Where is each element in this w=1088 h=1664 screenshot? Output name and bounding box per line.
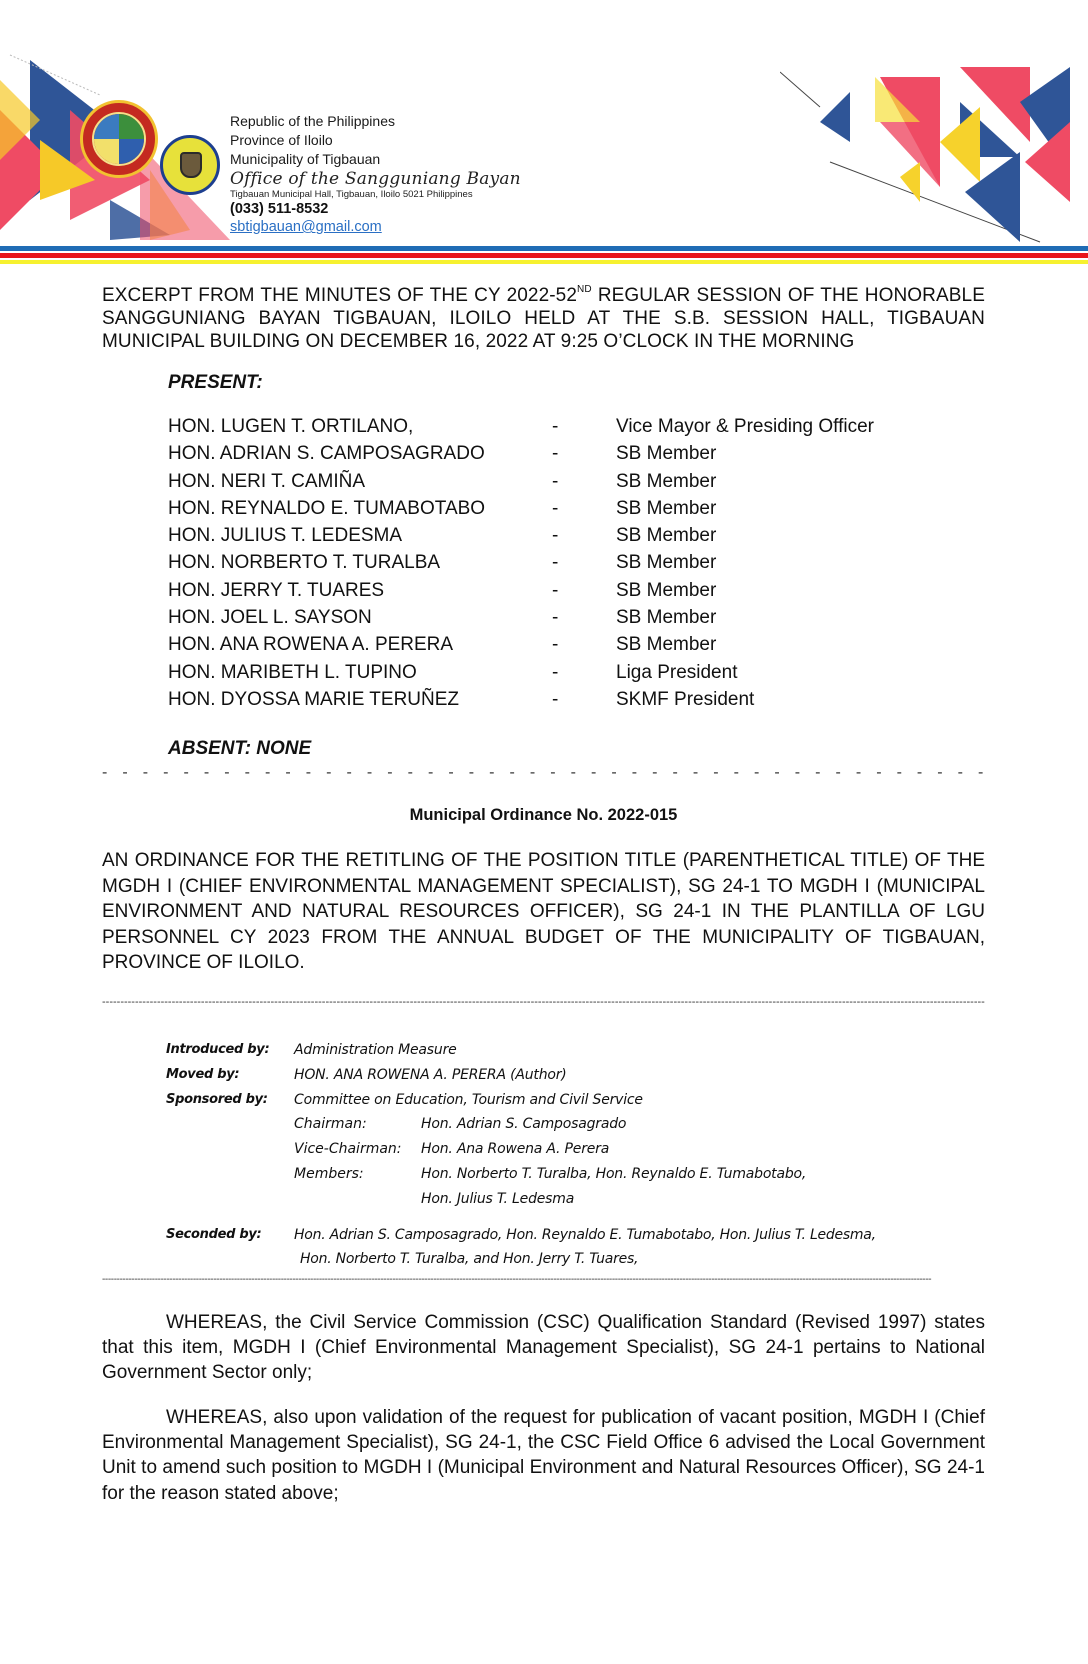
attendance-row: HON. MARIBETH L. TUPINO-Liga President <box>168 661 928 688</box>
letterhead: Republic of the Philippines Province of … <box>0 0 1088 270</box>
moved-by-label: Moved by: <box>166 1063 294 1088</box>
seconded-by-value-cont: Hon. Norberto T. Turalba, and Hon. Jerry… <box>300 1247 966 1272</box>
members-row: Members: Hon. Norberto T. Turalba, Hon. … <box>294 1162 966 1187</box>
sponsorship-block: Introduced by: Administration Measure Mo… <box>166 1038 966 1272</box>
ordinance-number: Municipal Ordinance No. 2022-015 <box>102 806 985 825</box>
vice-chairman-row: Vice-Chairman: Hon. Ana Rowena A. Perera <box>294 1137 966 1162</box>
member-role: SB Member <box>616 579 928 606</box>
vice-chairman-value: Hon. Ana Rowena A. Perera <box>421 1137 966 1162</box>
member-name: HON. ADRIAN S. CAMPOSAGRADO <box>168 442 552 469</box>
member-name: HON. REYNALDO E. TUMABOTABO <box>168 497 552 524</box>
member-role: Vice Mayor & Presiding Officer <box>616 415 928 442</box>
member-role: SB Member <box>616 633 928 660</box>
member-role: SB Member <box>616 606 928 633</box>
sponsored-by-row: Sponsored by: Committee on Education, To… <box>166 1088 966 1113</box>
member-name: HON. DYOSSA MARIE TERUÑEZ <box>168 688 552 715</box>
introduced-by-value: Administration Measure <box>294 1038 966 1063</box>
present-label: PRESENT: <box>168 372 263 394</box>
whereas-clause: WHEREAS, the Civil Service Commission (C… <box>102 1310 985 1386</box>
attendance-row: HON. ADRIAN S. CAMPOSAGRADO-SB Member <box>168 442 928 469</box>
chairman-value: Hon. Adrian S. Camposagrado <box>421 1112 966 1137</box>
letterhead-stripe-yellow <box>0 260 1088 264</box>
minutes-heading-text: EXCERPT FROM THE MINUTES OF THE CY 2022-… <box>102 285 577 306</box>
member-role: SB Member <box>616 497 928 524</box>
vice-chairman-label: Vice-Chairman: <box>294 1137 421 1162</box>
seconded-by-row: Seconded by: Hon. Adrian S. Camposagrado… <box>166 1223 966 1248</box>
members-value-cont: Hon. Julius T. Ledesma <box>421 1187 966 1212</box>
member-role: SB Member <box>616 551 928 578</box>
whereas-clause: WHEREAS, also upon validation of the req… <box>102 1405 985 1506</box>
member-name: HON. JULIUS T. LEDESMA <box>168 524 552 551</box>
attendance-row: HON. DYOSSA MARIE TERUÑEZ-SKMF President <box>168 688 928 715</box>
sangguniang-bayan-seal <box>160 135 220 195</box>
introduced-by-label: Introduced by: <box>166 1038 294 1063</box>
letterhead-stripe-red <box>0 253 1088 258</box>
member-role: SB Member <box>616 470 928 497</box>
republic-line: Republic of the Philippines <box>230 112 521 131</box>
chairman-row: Chairman: Hon. Adrian S. Camposagrado <box>294 1112 966 1137</box>
member-name: HON. MARIBETH L. TUPINO <box>168 661 552 688</box>
province-line: Province of Iloilo <box>230 131 521 150</box>
separator-dash: - <box>552 606 616 633</box>
document-body: EXCERPT FROM THE MINUTES OF THE CY 2022-… <box>102 284 985 353</box>
attendance-row: HON. JOEL L. SAYSON-SB Member <box>168 606 928 633</box>
municipality-line: Municipality of Tigbauan <box>230 150 521 169</box>
member-role: SKMF President <box>616 688 928 715</box>
member-name: HON. NERI T. CAMIÑA <box>168 470 552 497</box>
dashed-divider: ----------------------------------------… <box>102 996 985 1008</box>
attendance-row: HON. NERI T. CAMIÑA-SB Member <box>168 470 928 497</box>
separator-dash: - <box>552 661 616 688</box>
attendance-row: HON. JERRY T. TUARES-SB Member <box>168 579 928 606</box>
absent-label: ABSENT: NONE <box>168 738 311 760</box>
geometric-decoration-right <box>780 62 1088 252</box>
member-name: HON. NORBERTO T. TURALBA <box>168 551 552 578</box>
letterhead-text: Republic of the Philippines Province of … <box>230 112 521 236</box>
member-role: Liga President <box>616 661 928 688</box>
moved-by-row: Moved by: HON. ANA ROWENA A. PERERA (Aut… <box>166 1063 966 1088</box>
member-name: HON. JERRY T. TUARES <box>168 579 552 606</box>
members-label: Members: <box>294 1162 421 1187</box>
dashed-divider: - - - - - - - - - - - - - - - - - - - - … <box>102 764 985 782</box>
ordinal-suffix: ND <box>577 284 592 295</box>
separator-dash: - <box>552 442 616 469</box>
members-value: Hon. Norberto T. Turalba, Hon. Reynaldo … <box>421 1162 966 1187</box>
office-name: Office of the Sangguniang Bayan <box>230 169 521 189</box>
letterhead-stripe-blue <box>0 246 1088 251</box>
member-name: HON. ANA ROWENA A. PERERA <box>168 633 552 660</box>
seconded-by-value: Hon. Adrian S. Camposagrado, Hon. Reynal… <box>294 1223 966 1248</box>
member-role: SB Member <box>616 442 928 469</box>
minutes-heading: EXCERPT FROM THE MINUTES OF THE CY 2022-… <box>102 284 985 353</box>
separator-dash: - <box>552 551 616 578</box>
municipality-seal <box>80 100 158 178</box>
office-phone: (033) 511-8532 <box>230 201 521 218</box>
separator-dash: - <box>552 497 616 524</box>
attendance-row: HON. NORBERTO T. TURALBA-SB Member <box>168 551 928 578</box>
attendance-row: HON. JULIUS T. LEDESMA-SB Member <box>168 524 928 551</box>
separator-dash: - <box>552 470 616 497</box>
member-name: HON. JOEL L. SAYSON <box>168 606 552 633</box>
moved-by-value: HON. ANA ROWENA A. PERERA (Author) <box>294 1063 966 1088</box>
sponsored-by-label: Sponsored by: <box>166 1088 294 1113</box>
sponsored-by-value: Committee on Education, Tourism and Civi… <box>294 1088 966 1113</box>
separator-dash: - <box>552 415 616 442</box>
attendance-row: HON. REYNALDO E. TUMABOTABO-SB Member <box>168 497 928 524</box>
office-email-link[interactable]: sbtigbauan@gmail.com <box>230 218 521 236</box>
separator-dash: - <box>552 688 616 715</box>
members-row-cont: Hon. Julius T. Ledesma <box>294 1187 966 1212</box>
introduced-by-row: Introduced by: Administration Measure <box>166 1038 966 1063</box>
attendance-list: HON. LUGEN T. ORTILANO,-Vice Mayor & Pre… <box>168 415 928 715</box>
office-address: Tigbauan Municipal Hall, Tigbauan, Iloil… <box>230 189 521 201</box>
spacer <box>294 1187 421 1212</box>
dashed-divider: ----------------------------------------… <box>102 1274 985 1285</box>
chairman-label: Chairman: <box>294 1112 421 1137</box>
spacer <box>166 1212 966 1223</box>
attendance-row: HON. LUGEN T. ORTILANO,-Vice Mayor & Pre… <box>168 415 928 442</box>
separator-dash: - <box>552 633 616 660</box>
seconded-by-label: Seconded by: <box>166 1223 294 1248</box>
ordinance-title: AN ORDINANCE FOR THE RETITLING OF THE PO… <box>102 848 985 976</box>
separator-dash: - <box>552 579 616 606</box>
member-name: HON. LUGEN T. ORTILANO, <box>168 415 552 442</box>
separator-dash: - <box>552 524 616 551</box>
member-role: SB Member <box>616 524 928 551</box>
attendance-row: HON. ANA ROWENA A. PERERA-SB Member <box>168 633 928 660</box>
